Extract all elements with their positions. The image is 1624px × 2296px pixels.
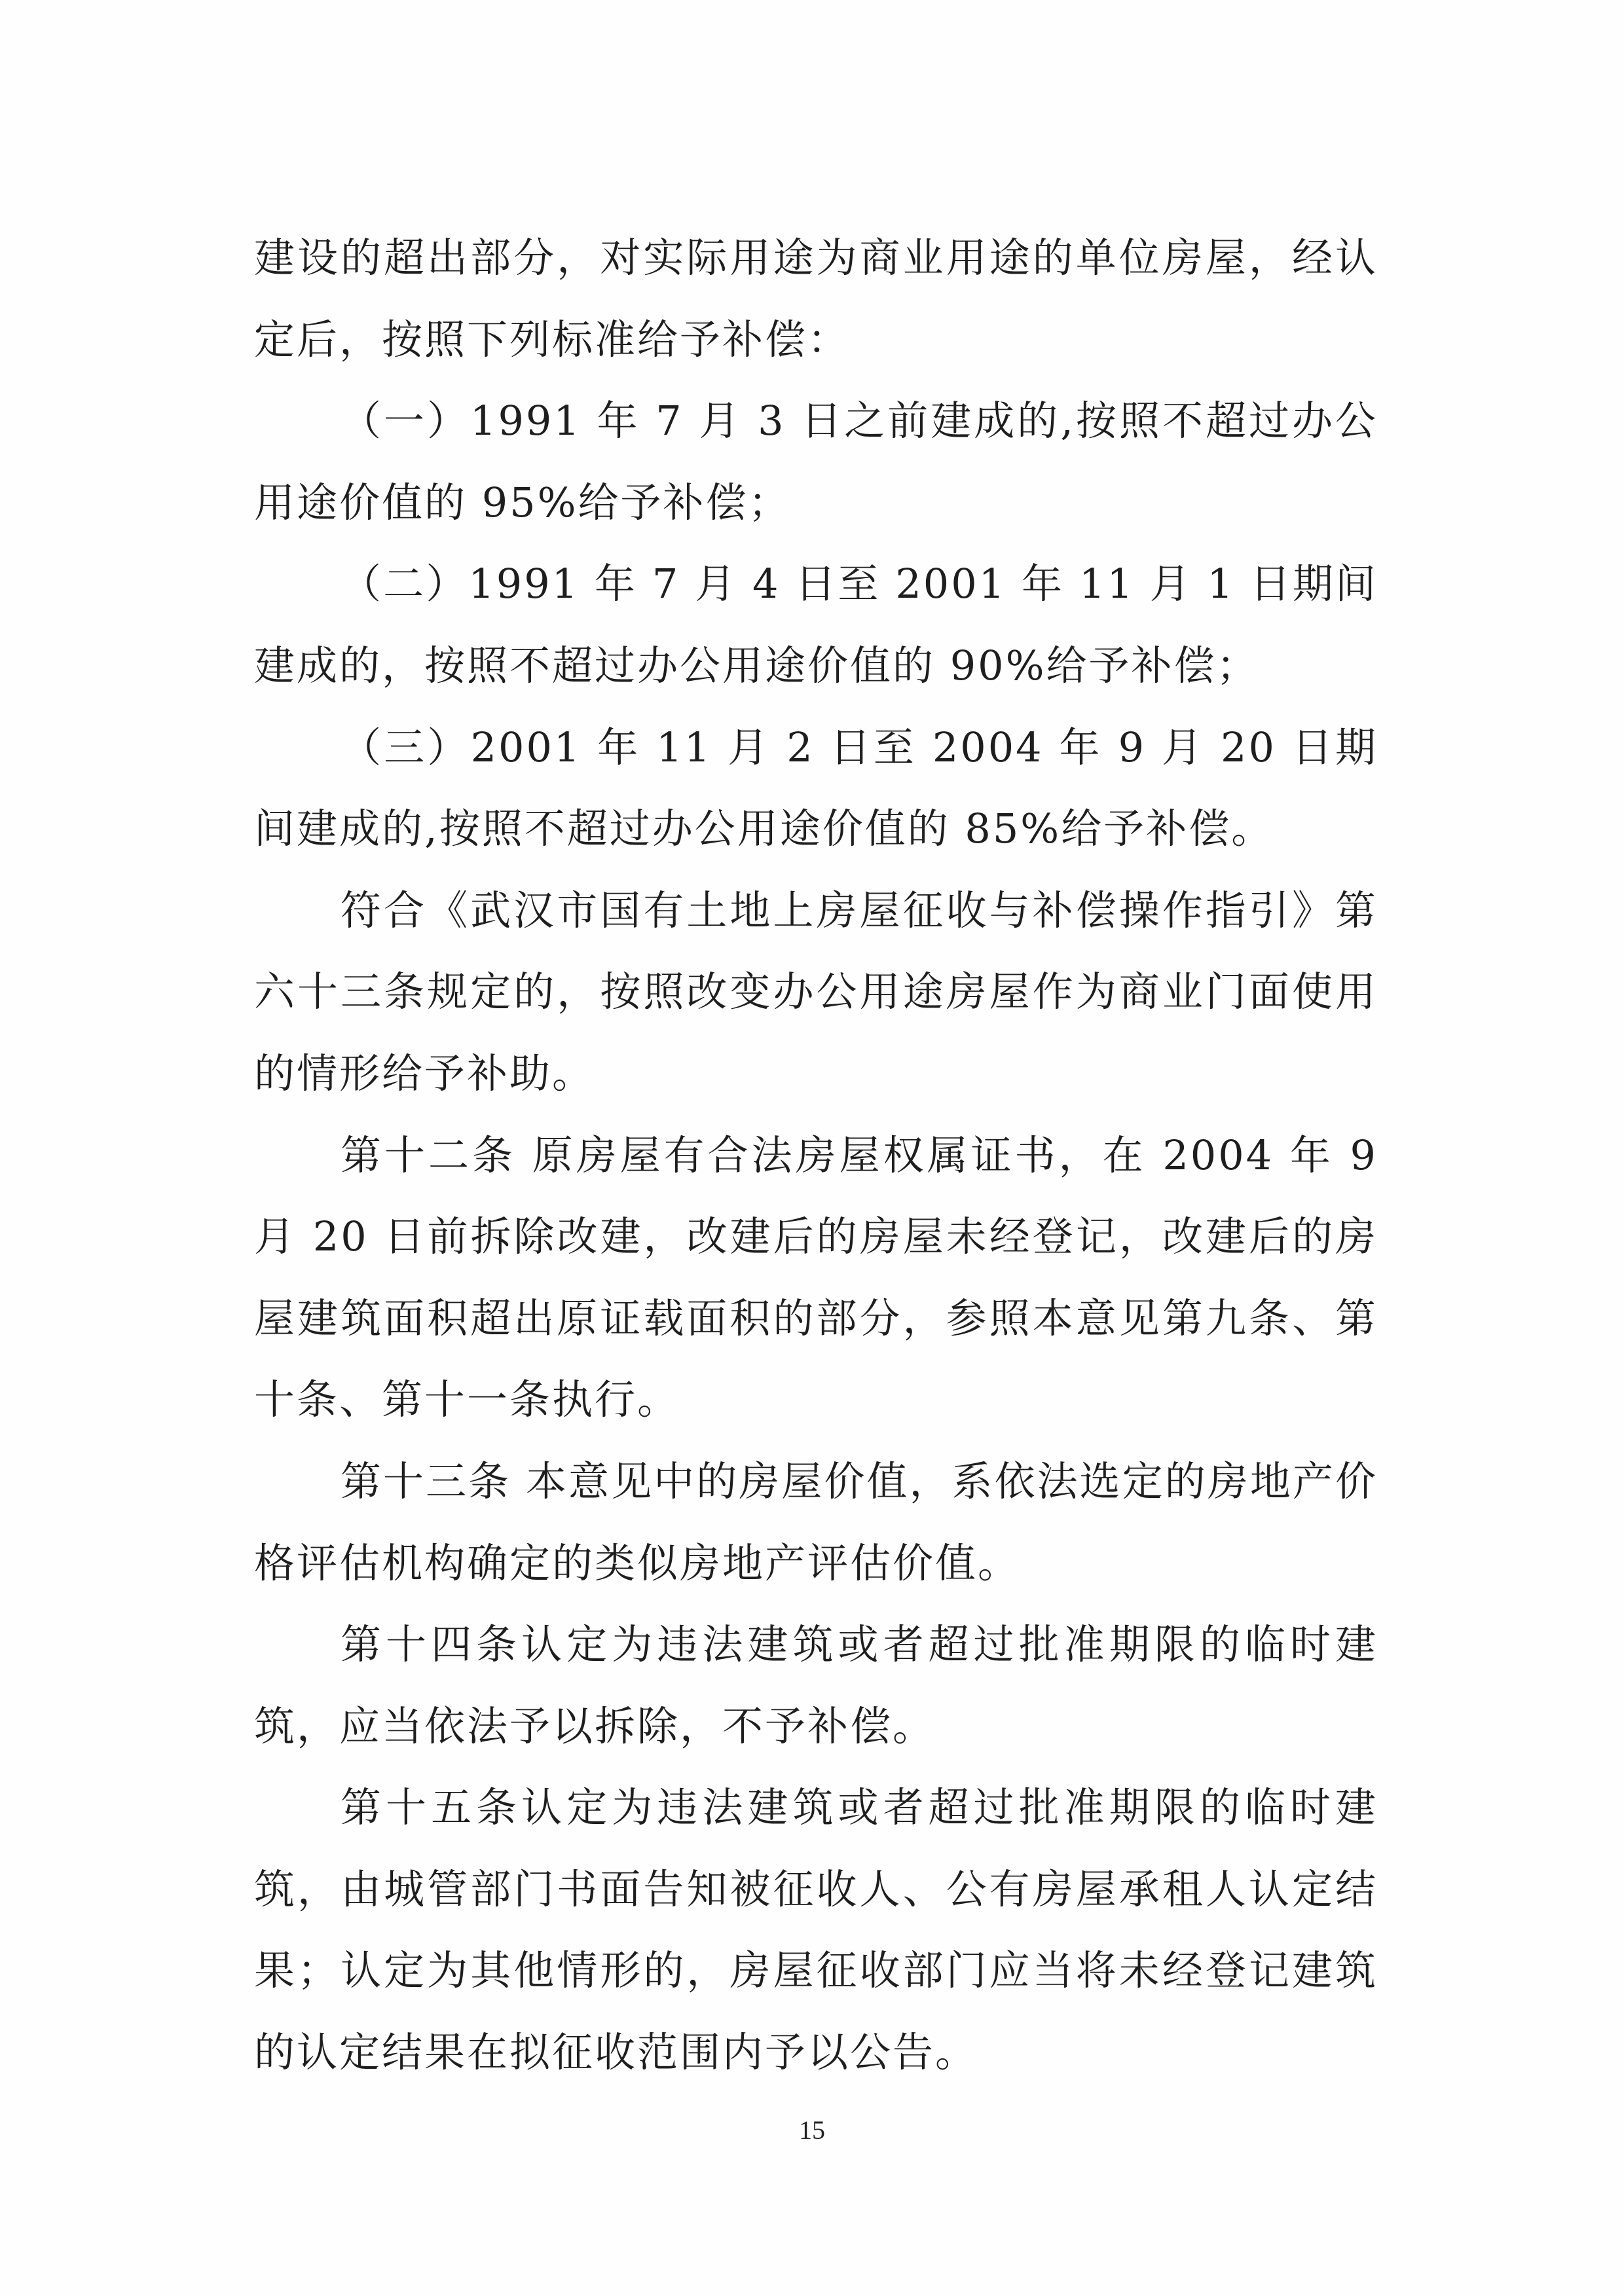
document-body: 建设的超出部分，对实际用途为商业用途的单位房屋，经认定后，按照下列标准给予补偿：…	[254, 217, 1378, 2094]
article-12: 第十二条 原房屋有合法房屋权属证书，在 2004 年 9 月 20 日前拆除改建…	[254, 1115, 1378, 1441]
paragraph-continuation: 建设的超出部分，对实际用途为商业用途的单位房屋，经认定后，按照下列标准给予补偿：	[254, 217, 1378, 380]
article-15: 第十五条认定为违法建筑或者超过批准期限的临时建筑，由城管部门书面告知被征收人、公…	[254, 1767, 1378, 2093]
article-14: 第十四条认定为违法建筑或者超过批准期限的临时建筑，应当依法予以拆除，不予补偿。	[254, 1604, 1378, 1767]
paragraph-item-2: （二）1991 年 7 月 4 日至 2001 年 11 月 1 日期间建成的，…	[254, 543, 1378, 706]
paragraph-guideline-reference: 符合《武汉市国有土地上房屋征收与补偿操作指引》第六十三条规定的，按照改变办公用途…	[254, 870, 1378, 1115]
article-13: 第十三条 本意见中的房屋价值，系依法选定的房地产价格评估机构确定的类似房地产评估…	[254, 1441, 1378, 1604]
document-page: 建设的超出部分，对实际用途为商业用途的单位房屋，经认定后，按照下列标准给予补偿：…	[0, 0, 1624, 2296]
page-number: 15	[779, 2115, 845, 2145]
paragraph-item-1: （一）1991 年 7 月 3 日之前建成的,按照不超过办公用途价值的 95%给…	[254, 380, 1378, 543]
paragraph-item-3: （三）2001 年 11 月 2 日至 2004 年 9 月 20 日期间建成的…	[254, 707, 1378, 870]
